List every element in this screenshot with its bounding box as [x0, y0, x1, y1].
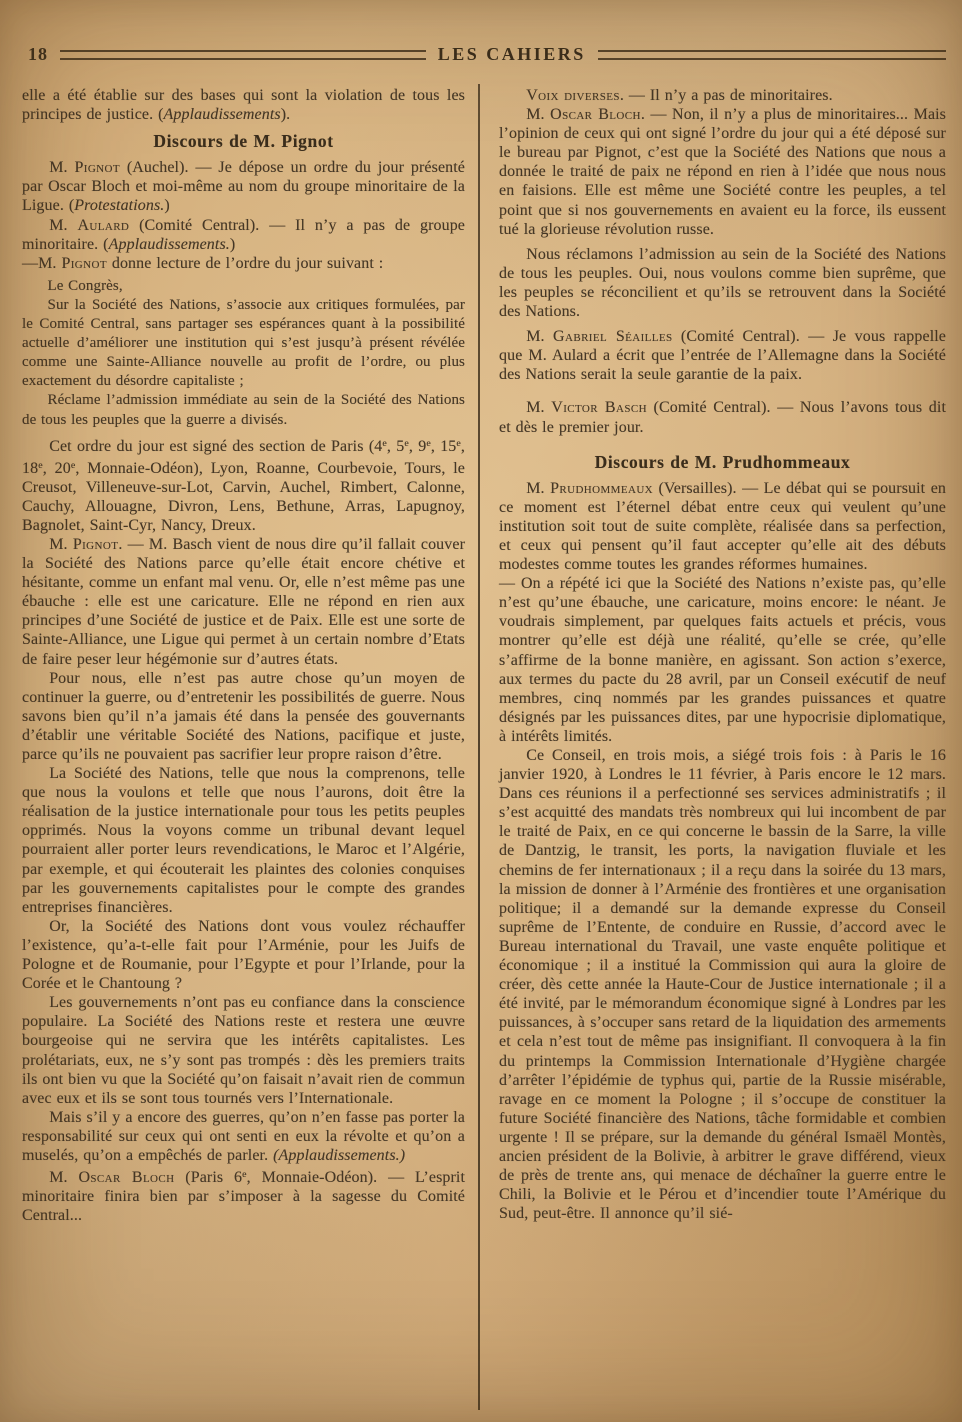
text-run: , 5	[387, 438, 404, 455]
text-run: M.	[526, 399, 551, 416]
text-run: ).	[281, 106, 291, 123]
text-run: Applaudissements	[164, 106, 281, 123]
text-run: Sur la Société des Nations, s’associe au…	[22, 297, 465, 389]
paragraph: Nous réclamons l’admission au sein de la…	[499, 245, 946, 321]
paragraph: elle a été établie sur des bases qui son…	[22, 86, 465, 124]
text-run: Protestations.	[74, 197, 164, 214]
text-run: . — Il n’y a pas de minoritaires.	[620, 87, 833, 104]
text-run: M.	[526, 328, 553, 345]
text-run: Cet ordre du jour est signé des section …	[49, 438, 382, 455]
text-run: , 9	[409, 438, 426, 455]
text-run: —M.	[22, 255, 61, 272]
paragraph: M. Prudhommeaux (Versailles). — Le débat…	[499, 479, 946, 574]
text-run: M.	[49, 536, 73, 553]
paragraph: Ce Conseil, en trois mois, a siégé trois…	[499, 746, 946, 1223]
text-run: M.	[49, 159, 74, 176]
speaker-name: Victor Basch	[551, 399, 647, 416]
speaker-name: Oscar Bloch	[550, 106, 641, 123]
page-number: 18	[28, 44, 48, 65]
paragraph: Mais s’il y a encore des guerres, qu’on …	[22, 1108, 465, 1165]
text-run: Pour nous, elle n’est pas autre chose qu…	[22, 670, 465, 763]
paragraph: Les gouvernements n’ont pas eu confiance…	[22, 993, 465, 1108]
text-run: Le Congrès,	[48, 278, 123, 294]
speaker-name: Pignot	[73, 536, 119, 553]
text-run: M.	[49, 217, 77, 234]
paragraph: Voix diverses. — Il n’y a pas de minorit…	[499, 86, 946, 105]
header-rule-right	[598, 50, 946, 60]
text-run: . — Non, il n’y a plus de minoritaires..…	[499, 106, 946, 238]
paragraph: M. Pignot (Auchel). — Je dépose un ordre…	[22, 158, 465, 215]
page-header: 18 LES CAHIERS	[0, 44, 962, 65]
left-column: elle a été établie sur des bases qui son…	[22, 86, 465, 1225]
paragraph: M. Gabriel Séailles (Comité Central). — …	[499, 327, 946, 384]
paragraph: M. Pignot. — M. Basch vient de nous dire…	[22, 535, 465, 669]
right-column: Voix diverses. — Il n’y a pas de minorit…	[499, 86, 946, 1223]
text-run: )	[230, 236, 235, 253]
speaker-name: Aulard	[77, 217, 129, 234]
paragraph: Or, la Société des Nations dont vous vou…	[22, 917, 465, 993]
text-run: Nous réclamons l’admission au sein de la…	[499, 246, 946, 320]
speaker-name: Voix diverses	[526, 87, 620, 104]
quoted-paragraph: Sur la Société des Nations, s’associe au…	[22, 296, 465, 391]
magazine-page: 18 LES CAHIERS elle a été établie sur de…	[0, 0, 962, 1422]
text-run: La Société des Nations, telle que nous l…	[22, 765, 465, 916]
paragraph: M. Aulard (Comité Central). — Il n’y a p…	[22, 216, 465, 254]
text-run: — On a répété ici que la Société des Nat…	[499, 575, 946, 745]
paragraph: M. Victor Basch (Comité Central). — Nous…	[499, 398, 946, 436]
text-run: . — M. Basch vient de nous dire qu’il fa…	[22, 536, 465, 668]
column-divider	[478, 84, 480, 1410]
section-heading: Discours de M. Pignot	[22, 132, 465, 151]
text-run: M.	[49, 1169, 78, 1186]
paragraph: M. Oscar Bloch. — Non, il n’y a plus de …	[499, 105, 946, 239]
paragraph: — On a répété ici que la Société des Nat…	[499, 574, 946, 746]
text-run: Ce Conseil, en trois mois, a siégé trois…	[499, 747, 946, 1222]
text-run: Réclame l’admission immédiate au sein de…	[22, 392, 465, 427]
text-run: Or, la Société des Nations dont vous vou…	[22, 918, 465, 992]
text-run: Les gouvernements n’ont pas eu confiance…	[22, 994, 465, 1106]
paragraph: —M. Pignot donne lecture de l’ordre du j…	[22, 254, 465, 273]
section-heading: Discours de M. Prudhommeaux	[499, 453, 946, 472]
quoted-paragraph: Réclame l’admission immédiate au sein de…	[22, 391, 465, 429]
speaker-name: Gabriel Séailles	[553, 328, 672, 345]
speaker-name: Pignot	[61, 255, 107, 272]
header-rule-left	[60, 50, 426, 60]
paragraph: La Société des Nations, telle que nous l…	[22, 764, 465, 917]
text-run: , 20	[43, 460, 71, 477]
text-run: M.	[526, 106, 550, 123]
paragraph: M. Oscar Bloch (Paris 6e, Monnaie-Odéon)…	[22, 1165, 465, 1225]
text-run: (Paris 6	[174, 1169, 242, 1186]
text-run: donne lecture de l’ordre du jour suivant…	[107, 255, 383, 272]
quoted-paragraph: Le Congrès,	[22, 277, 465, 296]
text-run: Applaudissements.	[109, 236, 230, 253]
text-run: M.	[526, 480, 550, 497]
text-run: , 15	[431, 438, 457, 455]
text-run: , Monnaie-Odéon), Lyon, Roanne, Courbevo…	[22, 460, 465, 534]
speaker-name: Pignot	[74, 159, 120, 176]
paragraph: Pour nous, elle n’est pas autre chose qu…	[22, 669, 465, 764]
speaker-name: Oscar Bloch	[78, 1169, 174, 1186]
text-run: (Applaudissements.)	[273, 1147, 405, 1164]
paragraph: Cet ordre du jour est signé des section …	[22, 434, 465, 535]
masthead-title: LES CAHIERS	[438, 44, 586, 65]
speaker-name: Prudhommeaux	[550, 480, 653, 497]
text-run: )	[164, 197, 169, 214]
